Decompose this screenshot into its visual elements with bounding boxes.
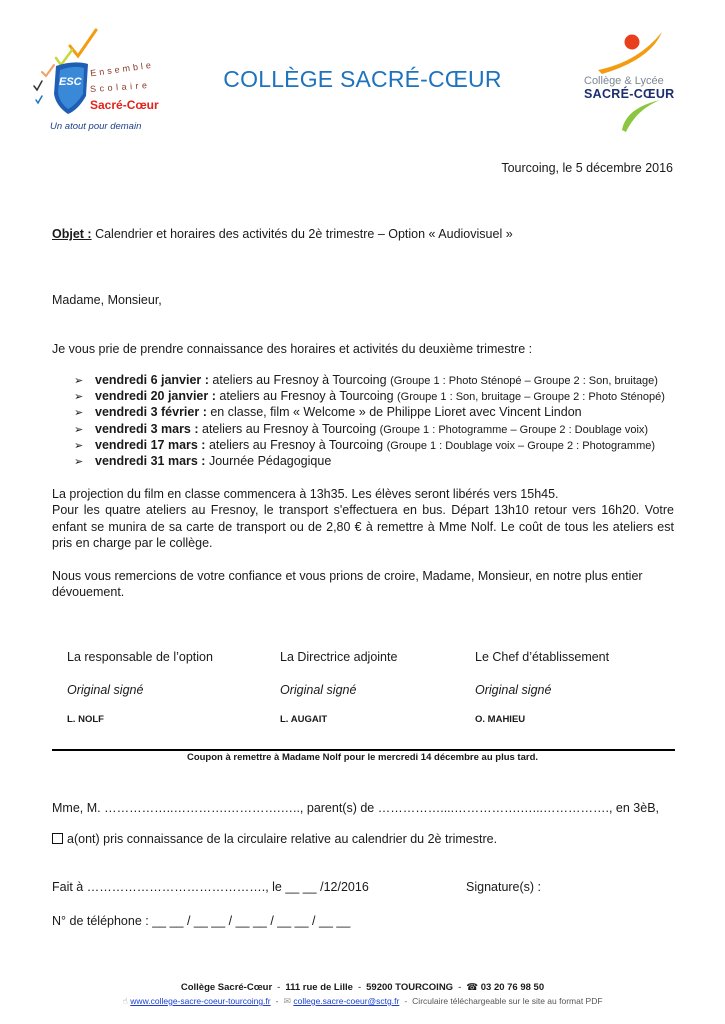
phone-number-field[interactable]: N° de téléphone : __ __ / __ __ / __ __ … xyxy=(52,914,350,928)
separator: - xyxy=(404,996,407,1006)
letter-subject: Objet : Calendrier et horaires des activ… xyxy=(52,226,513,242)
event-date: vendredi 17 mars : xyxy=(95,438,205,452)
event-date: vendredi 20 janvier : xyxy=(95,389,216,403)
signatory-deputy-director: La Directrice adjointe Original signé L.… xyxy=(280,650,397,725)
list-item: ➢vendredi 17 mars : ateliers au Fresnoy … xyxy=(74,437,665,453)
footer-street: 111 rue de Lille xyxy=(285,982,353,993)
envelope-icon: ✉ xyxy=(283,996,291,1006)
salutation: Madame, Monsieur, xyxy=(52,292,162,308)
signatory-name: L. AUGAIT xyxy=(280,714,397,725)
event-text: en classe, film « Welcome » de Philippe … xyxy=(207,405,582,419)
separator: - xyxy=(458,982,461,993)
list-item: ➢vendredi 20 janvier : ateliers au Fresn… xyxy=(74,388,665,404)
event-groups: (Groupe 1 : Photo Sténopé – Groupe 2 : S… xyxy=(390,375,658,387)
arrow-bullet-icon: ➢ xyxy=(74,422,95,438)
cut-line-divider xyxy=(52,749,675,751)
logo-tagline: Un atout pour demain xyxy=(50,121,141,132)
transport-text: Pour les quatre ateliers au Fresnoy, le … xyxy=(52,502,674,551)
parent-name-field[interactable]: Mme, M. ……………..………….………….….., parent(s) … xyxy=(52,801,674,815)
event-text: ateliers au Fresnoy à Tourcoing xyxy=(205,438,386,452)
event-text: ateliers au Fresnoy à Tourcoing xyxy=(209,373,390,387)
list-item: ➢vendredi 31 mars : Journée Pédagogique xyxy=(74,453,665,469)
signatory-signed: Original signé xyxy=(280,683,397,697)
footer-address: Collège Sacré-Cœur-111 rue de Lille-5920… xyxy=(0,982,725,993)
events-list: ➢vendredi 6 janvier : ateliers au Fresno… xyxy=(74,372,665,469)
list-item: ➢vendredi 3 février : en classe, film « … xyxy=(74,404,665,420)
details-paragraph: La projection du film en classe commence… xyxy=(52,486,674,551)
separator: - xyxy=(277,982,280,993)
subject-text: Calendrier et horaires des activités du … xyxy=(92,227,513,241)
arrow-bullet-icon: ➢ xyxy=(74,454,95,470)
event-text: Journée Pédagogique xyxy=(205,454,331,468)
signatory-role: La Directrice adjointe xyxy=(280,650,397,666)
separator: - xyxy=(276,996,279,1006)
event-groups: (Groupe 1 : Doublage voix – Groupe 2 : P… xyxy=(387,440,655,452)
letter-date: Tourcoing, le 5 décembre 2016 xyxy=(501,160,673,176)
footer-city: 59200 TOURCOING xyxy=(366,982,453,993)
event-date: vendredi 3 mars : xyxy=(95,422,199,436)
event-date: vendredi 6 janvier : xyxy=(95,373,209,387)
subject-label: Objet : xyxy=(52,227,92,241)
list-item: ➢vendredi 6 janvier : ateliers au Fresno… xyxy=(74,372,665,388)
footer-note: Circulaire téléchargeable sur le site au… xyxy=(412,996,602,1006)
signatory-role: Le Chef d’établissement xyxy=(475,650,609,666)
footer-school: Collège Sacré-Cœur xyxy=(181,982,272,993)
arrow-bullet-icon: ➢ xyxy=(74,389,95,405)
footer-phone: 03 20 76 98 50 xyxy=(481,982,544,993)
list-item: ➢vendredi 3 mars : ateliers au Fresnoy à… xyxy=(74,421,665,437)
event-groups: (Groupe 1 : Photogramme – Groupe 2 : Dou… xyxy=(380,424,648,436)
signatory-name: L. NOLF xyxy=(67,714,213,725)
event-date: vendredi 3 février : xyxy=(95,405,207,419)
coupon-heading: Coupon à remettre à Madame Nolf pour le … xyxy=(0,752,725,763)
logo-line-sacre-coeur: Sacré-Cœur xyxy=(90,98,159,112)
signatory-signed: Original signé xyxy=(67,683,213,697)
arrow-bullet-icon: ➢ xyxy=(74,405,95,421)
separator: - xyxy=(358,982,361,993)
logo-college-lycee-text: Collège & Lycée xyxy=(584,75,664,87)
logo-sacre-coeur-text: SACRÉ-CŒUR xyxy=(584,87,675,101)
arrow-bullet-icon: ➢ xyxy=(74,373,95,389)
email-link[interactable]: college.sacre-coeur@sctg.fr xyxy=(293,996,399,1006)
signature-label: Signature(s) : xyxy=(466,880,541,894)
mouse-pointer-icon: ☝ xyxy=(122,996,127,1006)
event-date: vendredi 31 mars : xyxy=(95,454,205,468)
telephone-icon: ☎ xyxy=(466,982,480,993)
signatory-name: O. MAHIEU xyxy=(475,714,609,725)
projection-text: La projection du film en classe commence… xyxy=(52,486,674,502)
website-link[interactable]: www.college-sacre-coeur-tourcoing.fr xyxy=(130,996,270,1006)
place-date-field[interactable]: Fait à ……………………………………., le __ __ /12/201… xyxy=(52,880,369,894)
college-lycee-logo: Collège & Lycée SACRÉ-CŒUR xyxy=(578,28,678,132)
closing-paragraph: Nous vous remercions de votre confiance … xyxy=(52,568,674,601)
event-groups: (Groupe 1 : Son, bruitage – Groupe 2 : P… xyxy=(397,391,665,403)
footer-links: ☝ www.college-sacre-coeur-tourcoing.fr-✉… xyxy=(0,996,725,1007)
signatory-head: Le Chef d’établissement Original signé O… xyxy=(475,650,609,725)
signatory-option-lead: La responsable de l’option Original sign… xyxy=(67,650,213,725)
acknowledgement: a(ont) pris connaissance de la circulair… xyxy=(52,832,497,846)
event-text: ateliers au Fresnoy à Tourcoing xyxy=(199,422,380,436)
acknowledgement-checkbox[interactable] xyxy=(52,833,63,844)
signatory-role: La responsable de l’option xyxy=(67,650,213,666)
intro-text: Je vous prie de prendre connaissance des… xyxy=(52,341,532,357)
acknowledgement-text: a(ont) pris connaissance de la circulair… xyxy=(67,832,497,846)
arrow-bullet-icon: ➢ xyxy=(74,438,95,454)
signatory-signed: Original signé xyxy=(475,683,609,697)
event-text: ateliers au Fresnoy à Tourcoing xyxy=(216,389,397,403)
